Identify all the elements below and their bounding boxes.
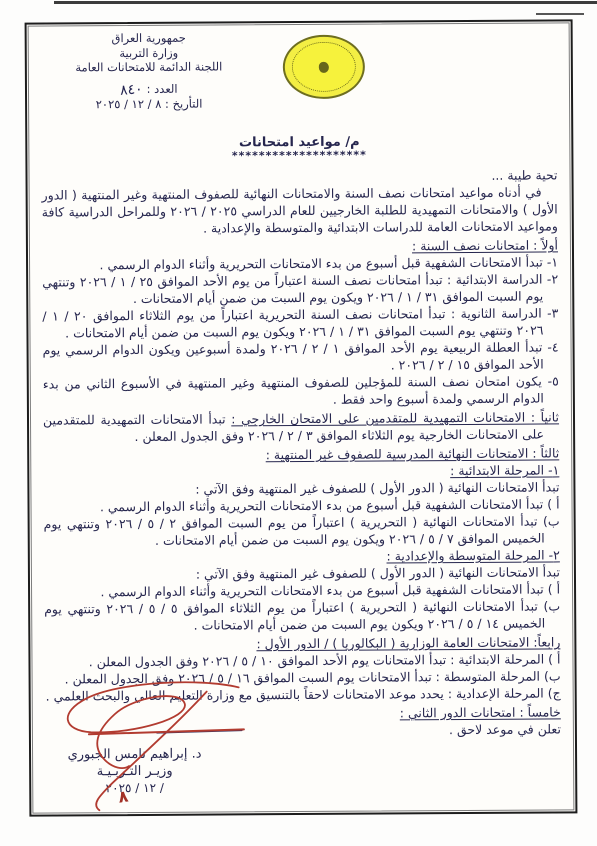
signature-date: / ١٢ / ٢٠٢٥ <box>54 780 215 798</box>
ref-date-value: ٨ / ١٢ / ٢٠٢٥ <box>96 97 162 111</box>
section-1-item-3: ٣- الدراسة الثانوية : تبدأ امتحانات نصف … <box>42 304 558 341</box>
section-3-sub-2-item-b: ب) تبدأ الامتحانات النهائية ( التحريرية … <box>44 597 560 634</box>
signature-title: وزيـر التـربـيـة <box>54 763 215 781</box>
handwritten-day-mark: ٨ <box>117 787 129 805</box>
signature-block: د. إبراهيم نامس الجبوري وزيـر التـربـيـة… <box>54 746 215 798</box>
scanned-letter-page: جمهورية العراق وزارة التربية اللجنة الدا… <box>0 0 597 846</box>
scan-artifact-line-right <box>536 13 584 15</box>
ministry-seal-icon <box>283 35 365 99</box>
ref-number-value: ٨٤٠ <box>120 82 144 98</box>
letterhead-country: جمهورية العراق <box>45 30 253 46</box>
document-frame: جمهورية العراق وزارة التربية اللجنة الدا… <box>25 19 578 816</box>
section-1-item-2: ٢- الدراسة الابتدائية : تبدأ امتحانات نص… <box>42 270 558 307</box>
letterhead: جمهورية العراق وزارة التربية اللجنة الدا… <box>45 30 253 112</box>
scan-artifact-line <box>54 1 597 4</box>
letterhead-ministry: وزارة التربية <box>45 45 253 61</box>
section-4-item-c: ج) المرحلة الإعدادية : يحدد موعد الامتحا… <box>45 684 561 704</box>
section-5-text: تعلن في موعد لاحق . <box>45 720 561 740</box>
section-2-paragraph: ثانياً : الامتحانات التمهيدية للمتقدمين … <box>43 408 559 445</box>
intro-paragraph: في أدناه مواعيد امتحانات نصف السنة والام… <box>42 183 558 237</box>
ref-date-label: التأريخ : <box>165 97 202 111</box>
letter-body: تحية طيبة ... في أدناه مواعيد امتحانات ن… <box>41 166 560 740</box>
letterhead-committee: اللجنة الدائمة للامتحانات العامة <box>45 59 253 75</box>
section-1-item-5: ٥- يكون امتحان نصف السنة للمؤجلين للصفوف… <box>43 372 559 409</box>
ref-date-line: التأريخ : ٨ / ١٢ / ٢٠٢٥ <box>45 96 253 112</box>
signature-name: د. إبراهيم نامس الجبوري <box>54 746 215 764</box>
ref-number-line: العدد : ٨٤٠ <box>45 81 253 97</box>
subject-separator: ******************** <box>27 148 571 162</box>
section-3-sub-1-item-b: ب) تبدأ الامتحانات النهائية ( التحريرية … <box>44 512 560 549</box>
seal-center-mark <box>319 61 329 72</box>
ref-number-label: العدد : <box>147 81 178 95</box>
section-1-item-4: ٤- تبدأ العطلة الربيعية يوم الأحد المواف… <box>43 338 559 375</box>
section-2-heading: ثانياً : الامتحانات التمهيدية للمتقدمين … <box>231 409 559 426</box>
seal-inner-ring <box>292 42 356 92</box>
